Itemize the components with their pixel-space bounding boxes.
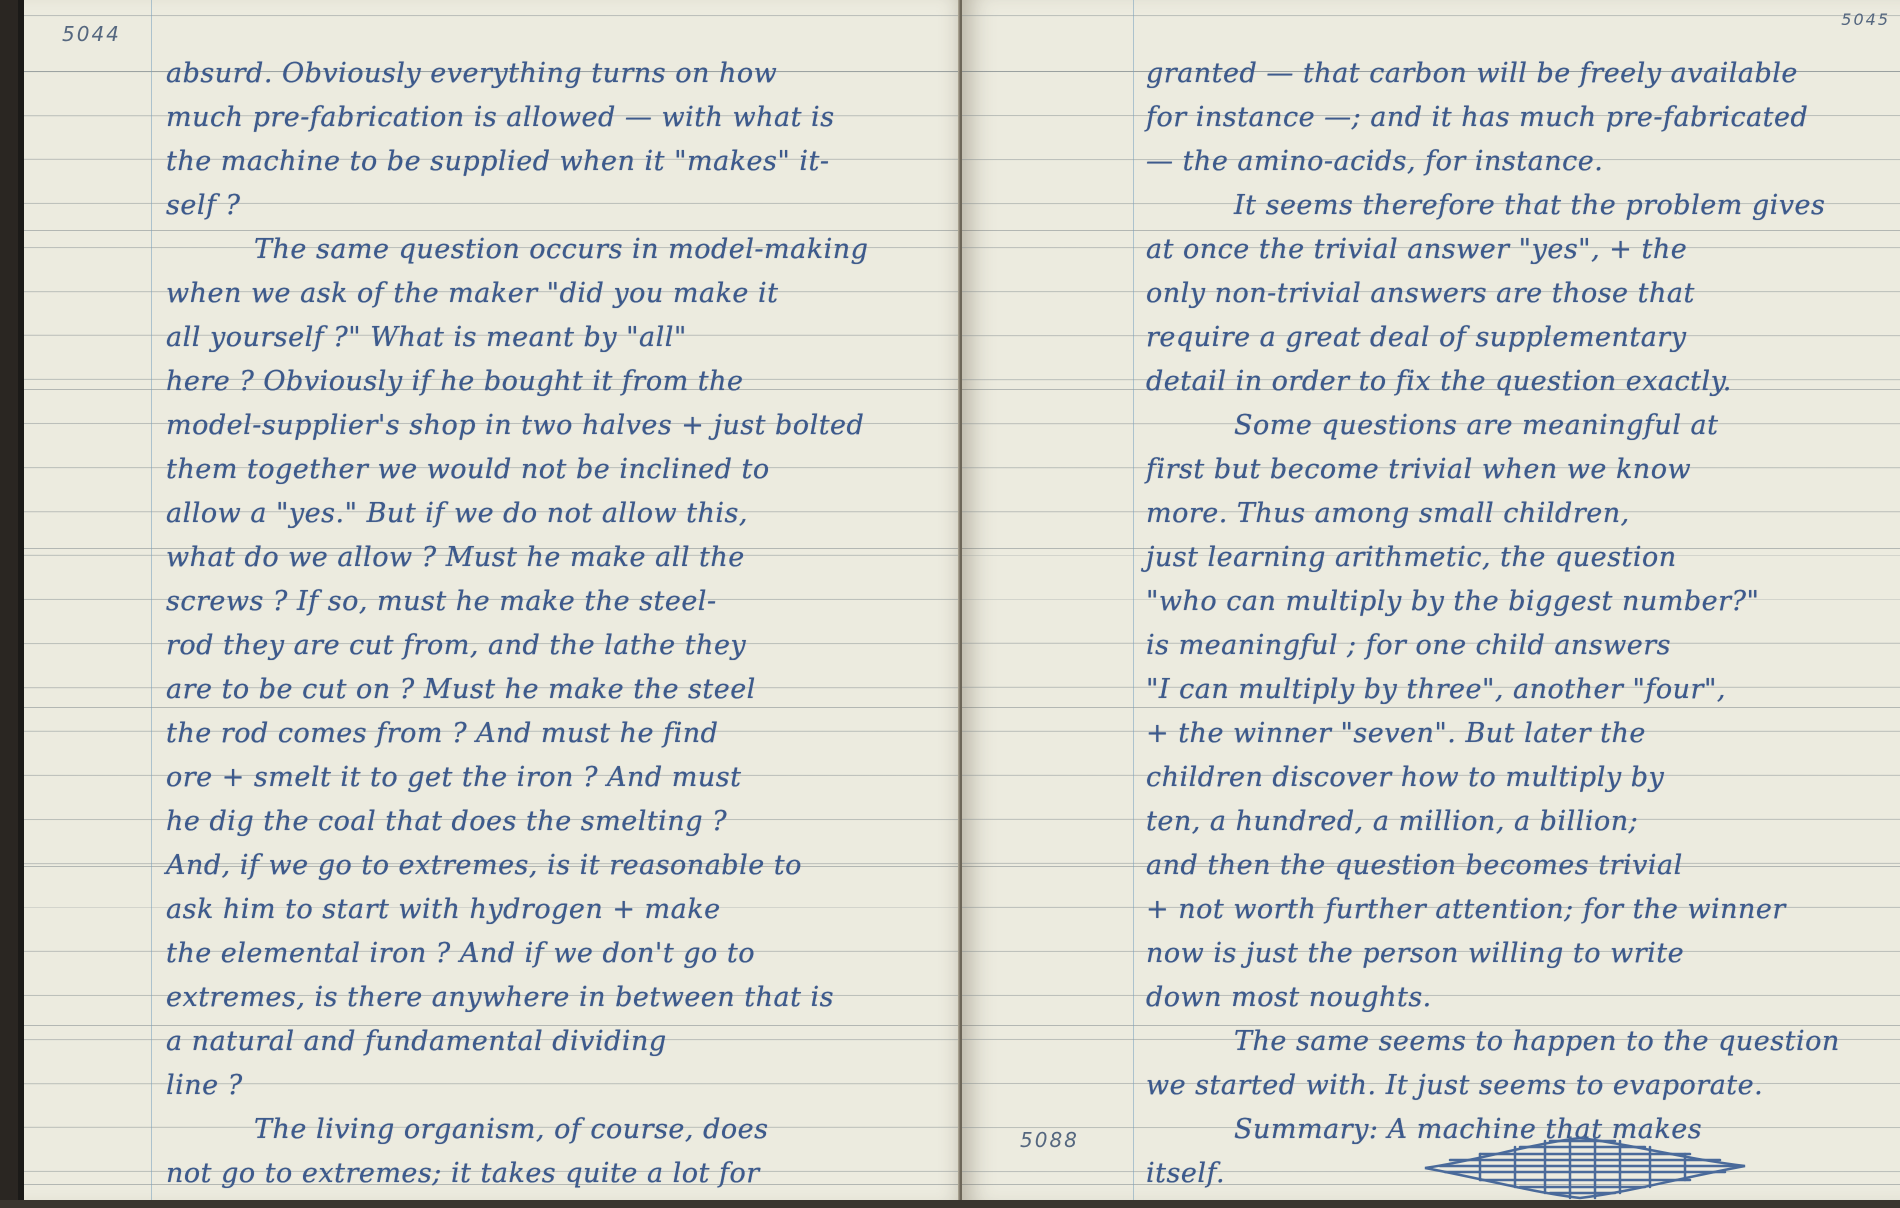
left-page: 5044 absurd. Obviously everything turns …: [18, 0, 966, 1200]
text-line: just learning arithmetic, the question: [1146, 536, 1896, 580]
text-line: first but become trivial when we know: [1146, 448, 1896, 492]
text-line: ask him to start with hydrogen + make: [166, 888, 956, 932]
text-line: require a great deal of supplementary: [1146, 316, 1896, 360]
text-line: when we ask of the maker "did you make i…: [166, 272, 956, 316]
text-line: the rod comes from ? And must he find: [166, 712, 956, 756]
handwritten-text: absurd. Obviously everything turns on ho…: [166, 52, 956, 1196]
text-line: — the amino-acids, for instance.: [1146, 140, 1896, 184]
text-line: is meaningful ; for one child answers: [1146, 624, 1896, 668]
text-line: the elemental iron ? And if we don't go …: [166, 932, 956, 976]
right-page: 5045 5088 granted — that carbon will be …: [962, 0, 1900, 1200]
text-line: down most noughts.: [1146, 976, 1896, 1020]
text-line: self ?: [166, 184, 956, 228]
text-line: model-supplier's shop in two halves + ju…: [166, 404, 956, 448]
text-line: The same seems to happen to the question: [1146, 1020, 1896, 1064]
text-line: allow a "yes." But if we do not allow th…: [166, 492, 956, 536]
text-line: and then the question becomes trivial: [1146, 844, 1896, 888]
margin-rule: [151, 0, 152, 1200]
text-line: It seems therefore that the problem give…: [1146, 184, 1896, 228]
text-line: detail in order to fix the question exac…: [1146, 360, 1896, 404]
text-line: "who can multiply by the biggest number?…: [1146, 580, 1896, 624]
text-line: much pre-fabrication is allowed — with w…: [166, 96, 956, 140]
text-line: absurd. Obviously everything turns on ho…: [166, 52, 956, 96]
text-line: Some questions are meaningful at: [1146, 404, 1896, 448]
text-line: granted — that carbon will be freely ava…: [1146, 52, 1896, 96]
text-line: rod they are cut from, and the lathe the…: [166, 624, 956, 668]
handwritten-text: granted — that carbon will be freely ava…: [1146, 52, 1896, 1196]
text-line: are to be cut on ? Must he make the stee…: [166, 668, 956, 712]
text-line: "I can multiply by three", another "four…: [1146, 668, 1896, 712]
page-number: 5045: [1841, 10, 1890, 29]
text-line: not go to extremes; it takes quite a lot…: [166, 1152, 956, 1196]
text-line: now is just the person willing to write: [1146, 932, 1896, 976]
text-line: more. Thus among small children,: [1146, 492, 1896, 536]
text-line: The living organism, of course, does: [166, 1108, 956, 1152]
spindle-sketch-icon: [1420, 1130, 1750, 1202]
text-line: here ? Obviously if he bought it from th…: [166, 360, 956, 404]
text-line: a natural and fundamental dividing: [166, 1020, 956, 1064]
text-line: ore + smelt it to get the iron ? And mus…: [166, 756, 956, 800]
text-line: the machine to be supplied when it "make…: [166, 140, 956, 184]
text-line: only non-trivial answers are those that: [1146, 272, 1896, 316]
text-line: for instance —; and it has much pre-fabr…: [1146, 96, 1896, 140]
page-number: 5044: [62, 22, 121, 46]
margin-rule: [1133, 0, 1134, 1200]
text-line: children discover how to multiply by: [1146, 756, 1896, 800]
text-line: And, if we go to extremes, is it reasona…: [166, 844, 956, 888]
text-line: at once the trivial answer "yes", + the: [1146, 228, 1896, 272]
book-bottom-edge: [0, 1200, 1900, 1208]
text-line: ten, a hundred, a million, a billion;: [1146, 800, 1896, 844]
text-line: he dig the coal that does the smelting ?: [166, 800, 956, 844]
text-line: line ?: [166, 1064, 956, 1108]
text-line: them together we would not be inclined t…: [166, 448, 956, 492]
archive-number: 5088: [1020, 1128, 1079, 1152]
text-line: what do we allow ? Must he make all the: [166, 536, 956, 580]
notebook-spread: 5044 absurd. Obviously everything turns …: [0, 0, 1900, 1208]
text-line: screws ? If so, must he make the steel-: [166, 580, 956, 624]
text-line: + not worth further attention; for the w…: [1146, 888, 1896, 932]
text-line: all yourself ?" What is meant by "all": [166, 316, 956, 360]
text-line: + the winner "seven". But later the: [1146, 712, 1896, 756]
text-line: we started with. It just seems to evapor…: [1146, 1064, 1896, 1108]
text-line: extremes, is there anywhere in between t…: [166, 976, 956, 1020]
text-line: The same question occurs in model-making: [166, 228, 956, 272]
